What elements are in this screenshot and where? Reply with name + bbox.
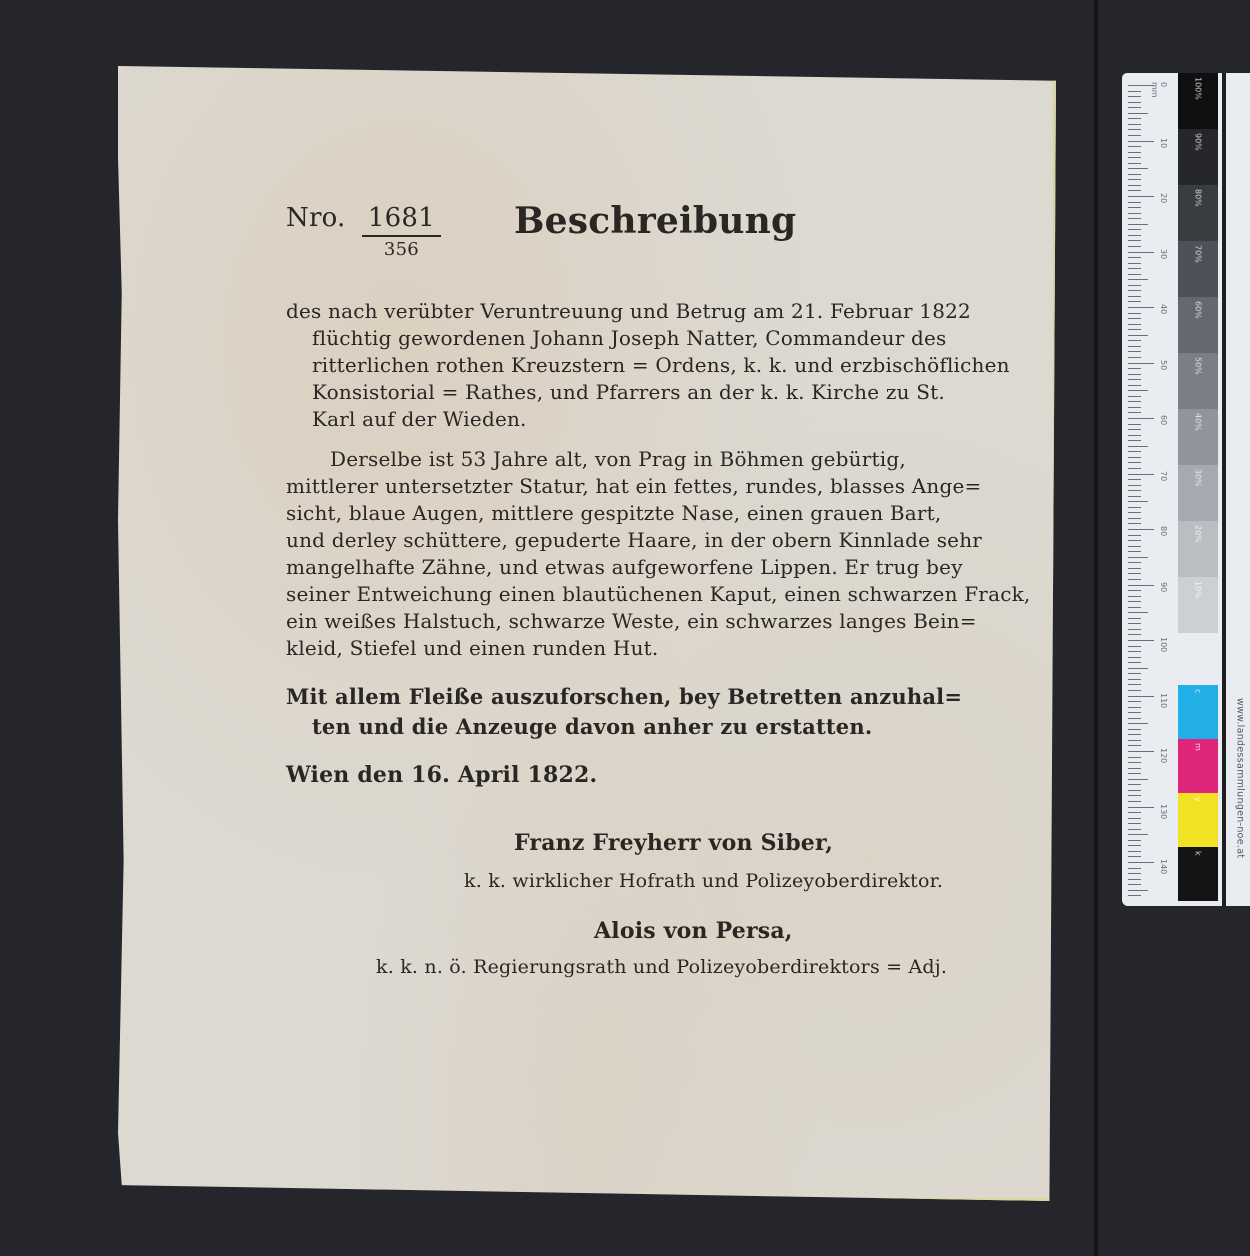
- ruler-tick: [1128, 174, 1141, 175]
- ruler-tick: [1128, 429, 1141, 430]
- ruler-label: 10: [1159, 138, 1168, 148]
- ruler-tick: [1128, 96, 1141, 97]
- patch-label: 80%: [1194, 189, 1203, 207]
- ruler-tick: [1128, 368, 1141, 369]
- gray-patch: 70%: [1178, 241, 1218, 297]
- ruler-tick: [1128, 102, 1141, 103]
- url-text: www.landessammlungen-noe.at: [1235, 698, 1246, 858]
- ruler-tick: [1128, 313, 1141, 314]
- ruler-tick: [1128, 190, 1141, 191]
- ruler-tick: [1128, 512, 1141, 513]
- patch-label: 60%: [1194, 301, 1203, 319]
- ruler-tick: [1128, 768, 1141, 769]
- ruler-tick: [1128, 396, 1141, 397]
- text-line: Mit allem Fleiße auszuforschen, bey Betr…: [286, 682, 972, 712]
- ruler-tick: [1128, 546, 1141, 547]
- ruler-tick: [1128, 479, 1141, 480]
- patch-label: 20%: [1194, 525, 1203, 543]
- ruler-tick: [1128, 457, 1141, 458]
- ruler-tick: [1128, 812, 1141, 813]
- ruler-tick: [1128, 801, 1141, 802]
- color-patch: c: [1178, 685, 1218, 739]
- ruler-tick: [1128, 501, 1148, 502]
- signature-title: k. k. n. ö. Regierungsrath und Polizeyob…: [376, 956, 947, 978]
- text-line: ten und die Anzeuge davon anher zu ersta…: [286, 712, 972, 742]
- ruler-tick: [1128, 535, 1141, 536]
- patch-label: 40%: [1194, 413, 1203, 431]
- ruler-tick: [1128, 213, 1141, 214]
- ruler-label: 30: [1159, 249, 1168, 259]
- ruler-tick: [1128, 657, 1141, 658]
- ruler-tick: [1128, 640, 1154, 641]
- ruler-tick: [1128, 451, 1141, 452]
- ruler-tick: [1128, 285, 1141, 286]
- ruler-tick: [1128, 146, 1141, 147]
- ruler-tick: [1128, 490, 1141, 491]
- ruler-tick: [1128, 518, 1141, 519]
- ruler-tick: [1128, 257, 1141, 258]
- ruler-tick: [1128, 684, 1141, 685]
- ruler-tick: [1128, 268, 1141, 269]
- grayscale-color-patches: 100%90%80%70%60%50%40%30%20%10%cmyk: [1178, 73, 1218, 906]
- ruler-tick: [1128, 529, 1154, 530]
- ruler-tick: [1128, 124, 1141, 125]
- ruler-tick: [1128, 252, 1154, 253]
- ruler-tick: [1128, 462, 1141, 463]
- ruler-tick: [1128, 357, 1141, 358]
- ruler-tick: [1128, 662, 1141, 663]
- signature-name: Franz Freyherr von Siber,: [514, 830, 833, 856]
- ruler-tick: [1128, 379, 1141, 380]
- gray-patch: 80%: [1178, 185, 1218, 241]
- ruler-tick: [1128, 318, 1141, 319]
- ruler-tick: [1128, 712, 1141, 713]
- ruler-tick: [1128, 707, 1141, 708]
- ruler-tick: [1128, 673, 1141, 674]
- ruler-tick: [1128, 679, 1141, 680]
- ruler-tick: [1128, 468, 1141, 469]
- ruler-tick: [1128, 202, 1141, 203]
- ruler-tick: [1128, 324, 1141, 325]
- ruler-tick: [1128, 523, 1141, 524]
- text-line: mangelhafte Zähne, und etwas aufgeworfen…: [286, 554, 972, 581]
- ruler-tick: [1128, 196, 1154, 197]
- ruler-label: 90: [1159, 582, 1168, 592]
- ruler-tick: [1128, 579, 1141, 580]
- ruler-tick: [1128, 845, 1141, 846]
- institution-url: www.landessammlungen-noe.at: [1230, 73, 1250, 906]
- ruler-tick: [1128, 740, 1141, 741]
- ruler-tick: [1128, 118, 1141, 119]
- ruler-tick: [1128, 346, 1141, 347]
- text-line: kleid, Stiefel und einen runden Hut.: [286, 635, 972, 662]
- ruler-label: 110: [1159, 693, 1168, 708]
- patch-label: 100%: [1194, 77, 1203, 100]
- ruler-label: 0 mm: [1150, 82, 1168, 98]
- text-line: sicht, blaue Augen, mittlere gespitzte N…: [286, 500, 972, 527]
- ruler-tick: [1128, 412, 1141, 413]
- ruler-tick: [1128, 618, 1141, 619]
- ruler-tick: [1128, 762, 1141, 763]
- document-number: Nro. 1681 356: [286, 203, 441, 260]
- ruler-tick: [1128, 646, 1141, 647]
- ruler-label: 60: [1159, 415, 1168, 425]
- ruler-label: 100: [1159, 637, 1168, 652]
- ruler-tick: [1128, 629, 1141, 630]
- ruler-tick: [1128, 873, 1141, 874]
- ruler-tick: [1128, 363, 1154, 364]
- ruler-tick: [1128, 224, 1148, 225]
- text-line: des nach verübter Veruntreuung und Betru…: [286, 298, 972, 325]
- ruler-tick: [1128, 340, 1141, 341]
- signature-title: k. k. wirklicher Hofrath und Polizeyober…: [464, 870, 943, 892]
- mm-ruler: 0 mm102030405060708090100110120130140: [1122, 73, 1176, 906]
- document-title: Beschreibung: [514, 200, 796, 242]
- ruler-tick: [1128, 856, 1141, 857]
- ruler-tick: [1128, 485, 1141, 486]
- ruler-tick: [1128, 496, 1141, 497]
- ruler-tick: [1128, 246, 1141, 247]
- ruler-tick: [1128, 179, 1141, 180]
- ruler-tick: [1128, 235, 1141, 236]
- ruler-tick: [1128, 152, 1141, 153]
- ruler-tick: [1128, 729, 1141, 730]
- ruler-tick: [1128, 307, 1154, 308]
- ruler-tick: [1128, 651, 1141, 652]
- text-line: seiner Entweichung einen blautüchenen Ka…: [286, 581, 972, 608]
- text-line: mittlerer untersetzter Statur, hat ein f…: [286, 473, 972, 500]
- ruler-tick: [1128, 440, 1141, 441]
- ruler-tick: [1128, 718, 1141, 719]
- color-patch: k: [1178, 847, 1218, 901]
- gray-patch: 40%: [1178, 409, 1218, 465]
- ruler-label: 120: [1159, 748, 1168, 763]
- ruler-tick: [1128, 573, 1141, 574]
- ruler-tick: [1128, 745, 1141, 746]
- ruler-tick: [1128, 757, 1141, 758]
- ruler-tick: [1128, 141, 1154, 142]
- ruler-tick: [1128, 840, 1141, 841]
- ruler-tick: [1128, 668, 1148, 669]
- color-calibration-target: 0 mm102030405060708090100110120130140 10…: [1122, 73, 1250, 906]
- ruler-tick: [1128, 890, 1148, 891]
- black-divider-bar: [1222, 73, 1226, 906]
- ruler-tick: [1128, 795, 1141, 796]
- ruler-tick: [1128, 113, 1148, 114]
- ruler-tick: [1128, 612, 1148, 613]
- ruler-tick: [1128, 884, 1141, 885]
- ruler-tick: [1128, 585, 1154, 586]
- gray-patch: 50%: [1178, 353, 1218, 409]
- ruler-tick: [1128, 818, 1141, 819]
- paragraph-description: Derselbe ist 53 Jahre alt, von Prag in B…: [286, 446, 972, 662]
- ruler-tick: [1128, 329, 1141, 330]
- ruler-tick: [1128, 229, 1141, 230]
- ruler-tick: [1128, 540, 1141, 541]
- ruler-tick: [1128, 851, 1141, 852]
- ruler-tick: [1128, 474, 1154, 475]
- ruler-tick: [1128, 623, 1141, 624]
- paragraph-subject: des nach verübter Veruntreuung und Betru…: [286, 298, 972, 433]
- ruler-label: 20: [1159, 193, 1168, 203]
- ruler-tick: [1128, 335, 1148, 336]
- ruler-tick: [1128, 590, 1141, 591]
- ruler-tick: [1128, 218, 1141, 219]
- ruler-tick: [1128, 274, 1141, 275]
- paragraph-order: Mit allem Fleiße auszuforschen, bey Betr…: [286, 682, 972, 742]
- ruler-tick: [1128, 91, 1141, 92]
- gray-patch: 30%: [1178, 465, 1218, 521]
- ruler-tick: [1128, 279, 1148, 280]
- patch-label: 90%: [1194, 133, 1203, 151]
- ruler-tick: [1128, 784, 1141, 785]
- gray-patch: 100%: [1178, 73, 1218, 129]
- ruler-label: 70: [1159, 471, 1168, 481]
- ruler-tick: [1128, 163, 1141, 164]
- ruler-tick: [1128, 301, 1141, 302]
- ruler-tick: [1128, 507, 1141, 508]
- ruler-tick: [1128, 107, 1141, 108]
- patch-label: m: [1194, 743, 1203, 751]
- ruler-tick: [1128, 868, 1141, 869]
- ruler-tick: [1128, 823, 1141, 824]
- ruler-tick: [1128, 135, 1141, 136]
- text-line: flüchtig gewordenen Johann Joseph Natter…: [286, 325, 972, 352]
- patch-label: k: [1194, 851, 1203, 856]
- patch-label: 50%: [1194, 357, 1203, 375]
- backdrop-seam: [1094, 0, 1098, 1256]
- ruler-tick: [1128, 351, 1141, 352]
- date-line: Wien den 16. April 1822.: [286, 762, 597, 788]
- ruler-label: 140: [1159, 859, 1168, 874]
- gray-patch: 10%: [1178, 577, 1218, 633]
- ruler-label: 80: [1159, 526, 1168, 536]
- color-patch: y: [1178, 793, 1218, 847]
- ruler-tick: [1128, 290, 1141, 291]
- ruler-tick: [1128, 701, 1141, 702]
- ruler-tick: [1128, 773, 1141, 774]
- ruler-tick: [1128, 562, 1141, 563]
- text-line: ritterlichen rothen Kreuzstern = Ordens,…: [286, 352, 972, 379]
- ruler-tick: [1128, 634, 1141, 635]
- ruler-tick: [1128, 790, 1141, 791]
- ruler-tick: [1128, 390, 1148, 391]
- ruler-tick: [1128, 374, 1141, 375]
- gray-patch: 90%: [1178, 129, 1218, 185]
- ruler-tick: [1128, 779, 1148, 780]
- ruler-tick: [1128, 551, 1141, 552]
- ruler-tick: [1128, 751, 1154, 752]
- text-line: Karl auf der Wieden.: [286, 406, 972, 433]
- ruler-tick: [1128, 734, 1141, 735]
- gray-patch: 20%: [1178, 521, 1218, 577]
- ruler-tick: [1128, 723, 1148, 724]
- ruler-tick: [1128, 607, 1141, 608]
- ruler-tick: [1128, 296, 1141, 297]
- text-line: Konsistorial = Rathes, und Pfarrers an d…: [286, 379, 972, 406]
- ruler-tick: [1128, 401, 1141, 402]
- ruler-tick: [1128, 407, 1141, 408]
- ruler-tick: [1128, 568, 1141, 569]
- number-main: 1681: [362, 203, 441, 237]
- ruler-tick: [1128, 557, 1148, 558]
- ruler-label: 40: [1159, 304, 1168, 314]
- ruler-tick: [1128, 446, 1148, 447]
- ruler-tick: [1128, 696, 1154, 697]
- signature-name: Alois von Persa,: [594, 918, 793, 944]
- ruler-label: 50: [1159, 360, 1168, 370]
- patch-label: 30%: [1194, 469, 1203, 487]
- ruler-tick: [1128, 690, 1141, 691]
- ruler-tick: [1128, 129, 1141, 130]
- ruler-tick: [1128, 185, 1141, 186]
- ruler-tick: [1128, 207, 1141, 208]
- text-line: ein weißes Halstuch, schwarze Weste, ein…: [286, 608, 972, 635]
- ruler-tick: [1128, 240, 1141, 241]
- ruler-tick: [1128, 596, 1141, 597]
- gray-patch: 60%: [1178, 297, 1218, 353]
- patch-label: 10%: [1194, 581, 1203, 599]
- text-line: und derley schüttere, gepuderte Haare, i…: [286, 527, 972, 554]
- number-fraction: 1681 356: [362, 203, 441, 260]
- ruler-tick: [1128, 807, 1154, 808]
- ruler-tick: [1128, 424, 1141, 425]
- ruler-tick: [1128, 168, 1148, 169]
- patch-label: y: [1194, 797, 1203, 802]
- text-line: Derselbe ist 53 Jahre alt, von Prag in B…: [286, 446, 972, 473]
- color-patch: m: [1178, 739, 1218, 793]
- ruler-tick: [1128, 435, 1141, 436]
- ruler-tick: [1128, 895, 1141, 896]
- ruler-tick: [1128, 829, 1141, 830]
- ruler-tick: [1128, 418, 1154, 419]
- ruler-tick: [1128, 157, 1141, 158]
- patch-label: 70%: [1194, 245, 1203, 263]
- ruler-label: 130: [1159, 804, 1168, 819]
- ruler-tick: [1128, 601, 1141, 602]
- number-sub: 356: [362, 237, 441, 260]
- ruler-tick: [1128, 879, 1141, 880]
- ruler-tick: [1128, 862, 1154, 863]
- number-prefix: Nro.: [286, 203, 345, 233]
- ruler-tick: [1128, 834, 1148, 835]
- ruler-tick: [1128, 263, 1141, 264]
- patch-label: c: [1194, 689, 1203, 693]
- ruler-tick: [1128, 385, 1141, 386]
